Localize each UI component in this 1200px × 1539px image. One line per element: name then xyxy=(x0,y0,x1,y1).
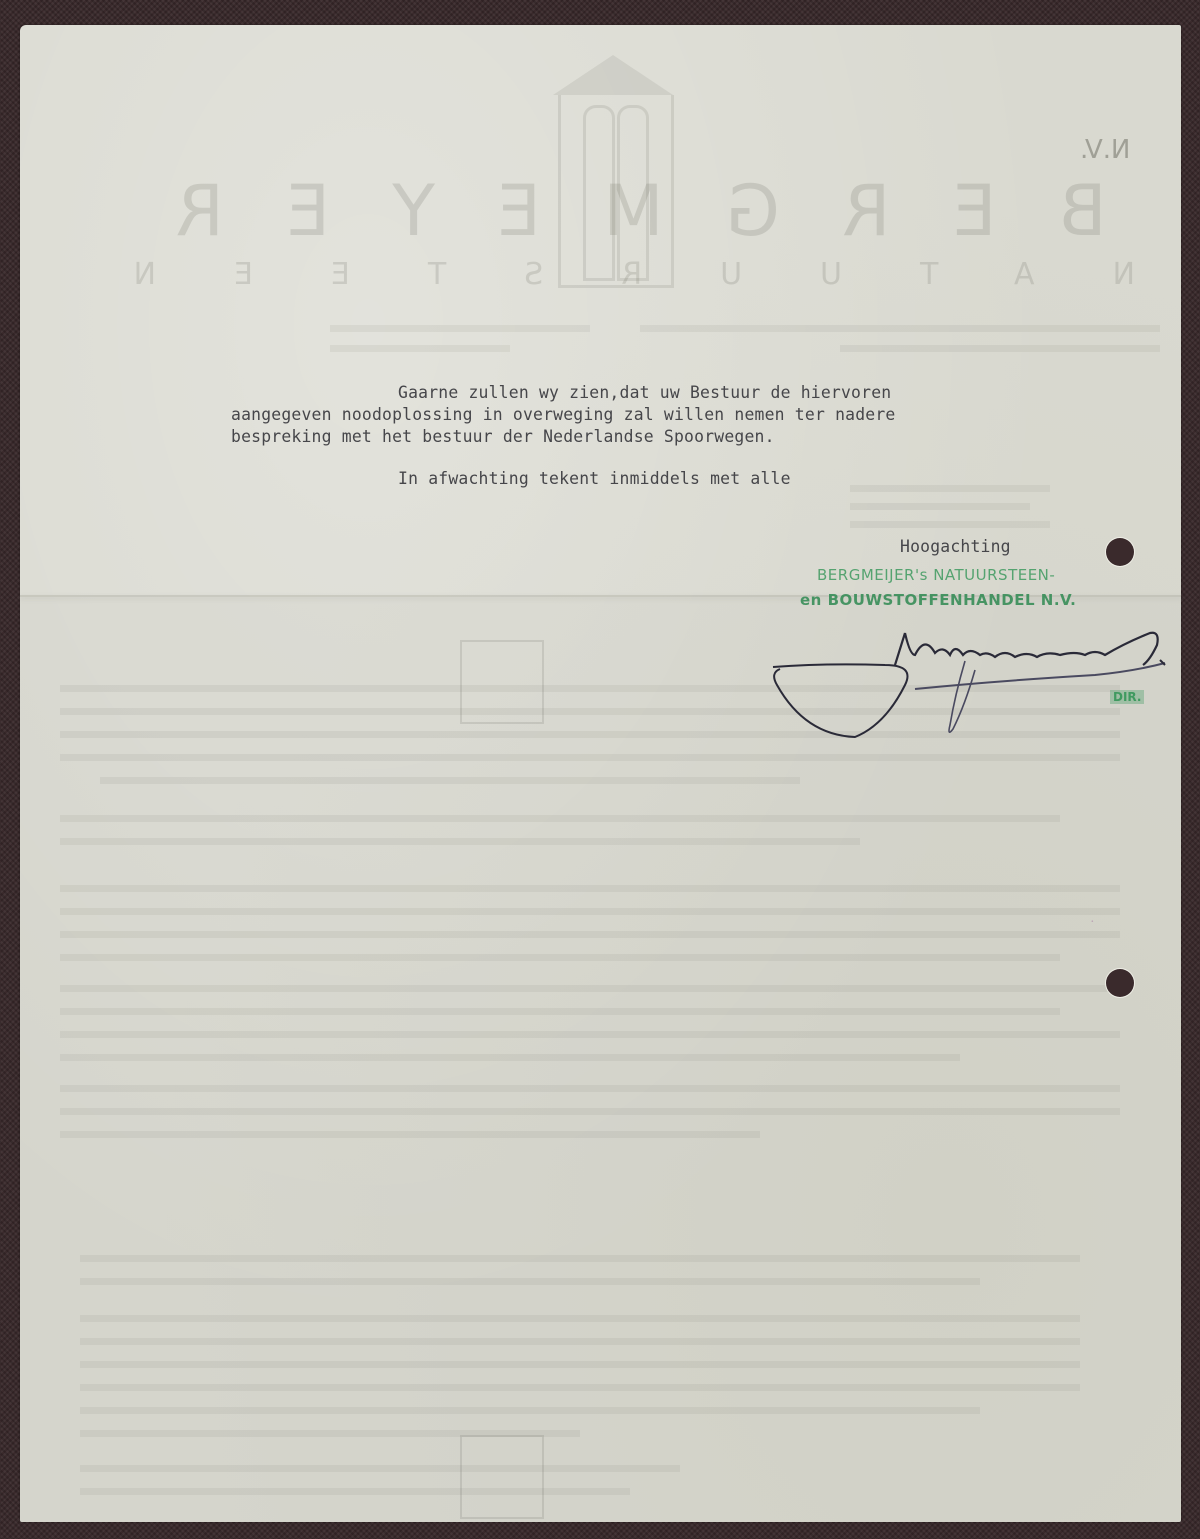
ghost-body-text xyxy=(60,1054,960,1061)
ghost-body-text xyxy=(80,1430,580,1437)
closing-salutation: Hoogachting xyxy=(900,536,1011,558)
ghost-company-code: N.V. xyxy=(1080,135,1130,165)
ghost-body-text xyxy=(80,1384,1080,1391)
ghost-body-text xyxy=(80,1361,1080,1368)
ghost-body-text xyxy=(80,1278,980,1285)
ghost-body-text xyxy=(60,1108,1120,1115)
ghost-body-text xyxy=(60,908,1120,915)
ghost-column-icon xyxy=(617,105,649,281)
ghost-body-text xyxy=(60,815,1060,822)
body-paragraph-line: aangegeven noodoplossing in overweging z… xyxy=(231,404,896,426)
ghost-header-text xyxy=(850,485,1050,492)
ghost-body-text xyxy=(60,1085,1120,1092)
ghost-header-text xyxy=(330,325,590,332)
body-paragraph-line: Gaarne zullen wy zien,dat uw Bestuur de … xyxy=(398,382,891,404)
ghost-body-text xyxy=(80,1465,680,1472)
ghost-body-text xyxy=(80,1488,630,1495)
ghost-header-text xyxy=(640,325,1160,332)
ghost-monogram-icon xyxy=(460,1435,544,1519)
ghost-body-text xyxy=(60,954,1060,961)
ghost-body-text xyxy=(60,885,1120,892)
ghost-body-text xyxy=(60,754,1120,761)
ghost-header-text xyxy=(850,521,1050,528)
ghost-body-text xyxy=(60,931,1120,938)
ghost-body-text xyxy=(80,1315,1080,1322)
ghost-temple-logo-icon xyxy=(558,95,674,288)
handwritten-signature-icon xyxy=(765,625,1185,745)
punch-hole xyxy=(1106,969,1134,997)
ink-mark: · xyxy=(1090,915,1100,929)
ghost-body-text xyxy=(60,1131,760,1138)
ghost-header-text xyxy=(840,345,1160,352)
ghost-body-text xyxy=(100,777,800,784)
ghost-header-text xyxy=(850,503,1030,510)
company-stamp-line2: en BOUWSTOFFENHANDEL N.V. xyxy=(800,591,1076,609)
letter-page: N.V. BERGMEYER NATUURSTEEN Gaarne zullen… xyxy=(20,25,1181,1522)
ghost-body-text xyxy=(80,1255,1080,1262)
body-paragraph-closing-line: In afwachting tekent inmiddels met alle xyxy=(398,468,791,490)
ghost-header-text xyxy=(330,345,510,352)
punch-hole xyxy=(1106,538,1134,566)
ghost-body-text xyxy=(60,1031,1120,1038)
ghost-body-text xyxy=(60,838,860,845)
ghost-column-icon xyxy=(583,105,615,281)
ghost-body-text xyxy=(60,985,1120,992)
ghost-body-text xyxy=(80,1338,1080,1345)
company-stamp-line1: BERGMEIJER's NATUURSTEEN- xyxy=(817,566,1055,584)
ghost-body-text xyxy=(80,1407,980,1414)
body-paragraph-line: bespreking met het bestuur der Nederland… xyxy=(231,426,775,448)
ghost-body-text xyxy=(60,1008,1060,1015)
